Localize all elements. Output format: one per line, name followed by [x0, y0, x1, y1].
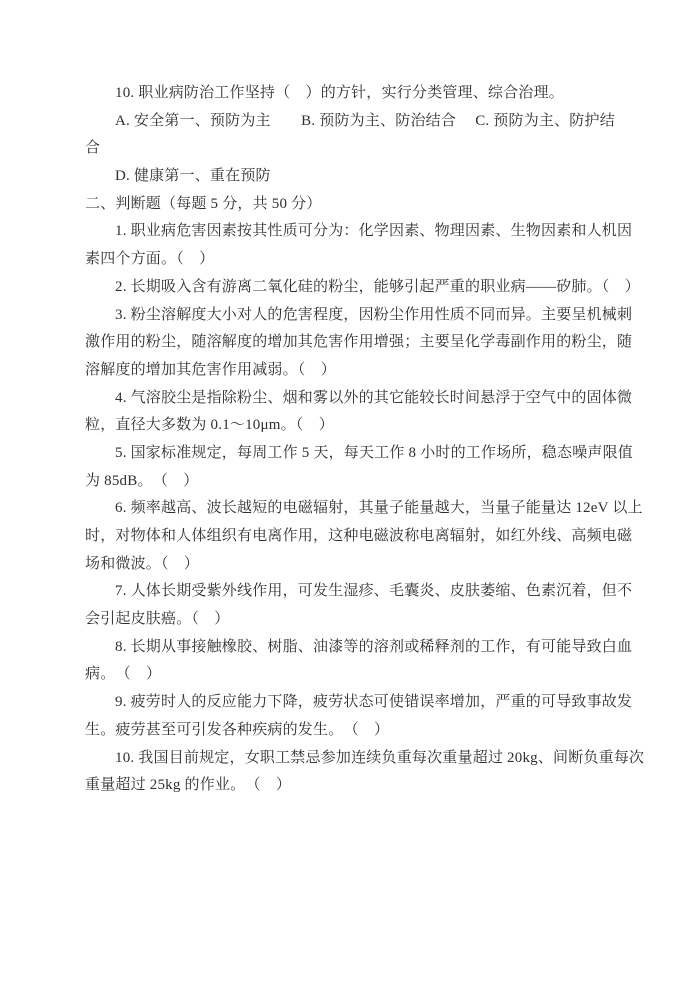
- judge-q5-line1: 5. 国家标准规定，每周工作 5 天，每天工作 8 小时的工作场所，稳态噪声限值: [85, 440, 633, 468]
- choice-q10-stem: 10. 职业病防治工作坚持（ ）的方针，实行分类管理、综合治理。: [85, 80, 633, 108]
- choice-q10-option-d: D. 健康第一、重在预防: [85, 163, 633, 191]
- judge-q7-line2: 会引起皮肤癌。（ ）: [85, 606, 633, 634]
- exam-text-block: 10. 职业病防治工作坚持（ ）的方针，实行分类管理、综合治理。A. 安全第一、…: [85, 80, 633, 800]
- section2-heading: 二、判断题（每题 5 分，共 50 分）: [85, 191, 633, 219]
- judge-q4-line1: 4. 气溶胶尘是指除粉尘、烟和雾以外的其它能较长时间悬浮于空气中的固体微: [85, 385, 633, 413]
- judge-q10-line1: 10. 我国目前规定，女职工禁忌参加连续负重每次重量超过 20kg、间断负重每次: [85, 745, 633, 773]
- document-page: 10. 职业病防治工作坚持（ ）的方针，实行分类管理、综合治理。A. 安全第一、…: [0, 0, 700, 990]
- judge-q1-line1: 1. 职业病危害因素按其性质可分为：化学因素、物理因素、生物因素和人机因: [85, 218, 633, 246]
- judge-q5-line2: 为 85dB。 （ ）: [85, 468, 633, 496]
- choice-q10-options-row: A. 安全第一、预防为主 B. 预防为主、防治结合 C. 预防为主、防护结: [85, 108, 633, 136]
- judge-q7-line1: 7. 人体长期受紫外线作用，可发生湿疹、毛囊炎、皮肤萎缩、色素沉着，但不: [85, 578, 633, 606]
- judge-q6-line2: 时，对物体和人体组织有电离作用，这种电磁波称电离辐射，如红外线、高频电磁: [85, 523, 633, 551]
- judge-q3-line1: 3. 粉尘溶解度大小对人的危害程度，因粉尘作用性质不同而异。主要呈机械刺: [85, 302, 633, 330]
- judge-q3-line2: 激作用的粉尘，随溶解度的增加其危害作用增强；主要呈化学毒副作用的粉尘，随: [85, 329, 633, 357]
- judge-q9-line2: 生。疲劳甚至可引发各种疾病的发生。 （ ）: [85, 717, 633, 745]
- judge-q2: 2. 长期吸入含有游离二氧化硅的粉尘，能够引起严重的职业病——矽肺。（ ）: [85, 274, 633, 302]
- judge-q1-line2: 素四个方面。（ ）: [85, 246, 633, 274]
- choice-q10-options-wrap: 合: [85, 135, 633, 163]
- judge-q4-line2: 粒，直径大多数为 0.1～10μm。（ ）: [85, 412, 633, 440]
- judge-q8-line1: 8. 长期从事接触橡胶、树脂、油漆等的溶剂或稀释剂的工作，有可能导致白血: [85, 634, 633, 662]
- judge-q10-line2: 重量超过 25kg 的作业。 （ ）: [85, 772, 633, 800]
- judge-q8-line2: 病。 （ ）: [85, 661, 633, 689]
- judge-q9-line1: 9. 疲劳时人的反应能力下降，疲劳状态可使错误率增加，严重的可导致事故发: [85, 689, 633, 717]
- judge-q6-line1: 6. 频率越高、波长越短的电磁辐射，其量子能量越大，当量子能量达 12eV 以上: [85, 495, 633, 523]
- judge-q6-line3: 场和微波。（ ）: [85, 551, 633, 579]
- judge-q3-line3: 溶解度的增加其危害作用减弱。（ ）: [85, 357, 633, 385]
